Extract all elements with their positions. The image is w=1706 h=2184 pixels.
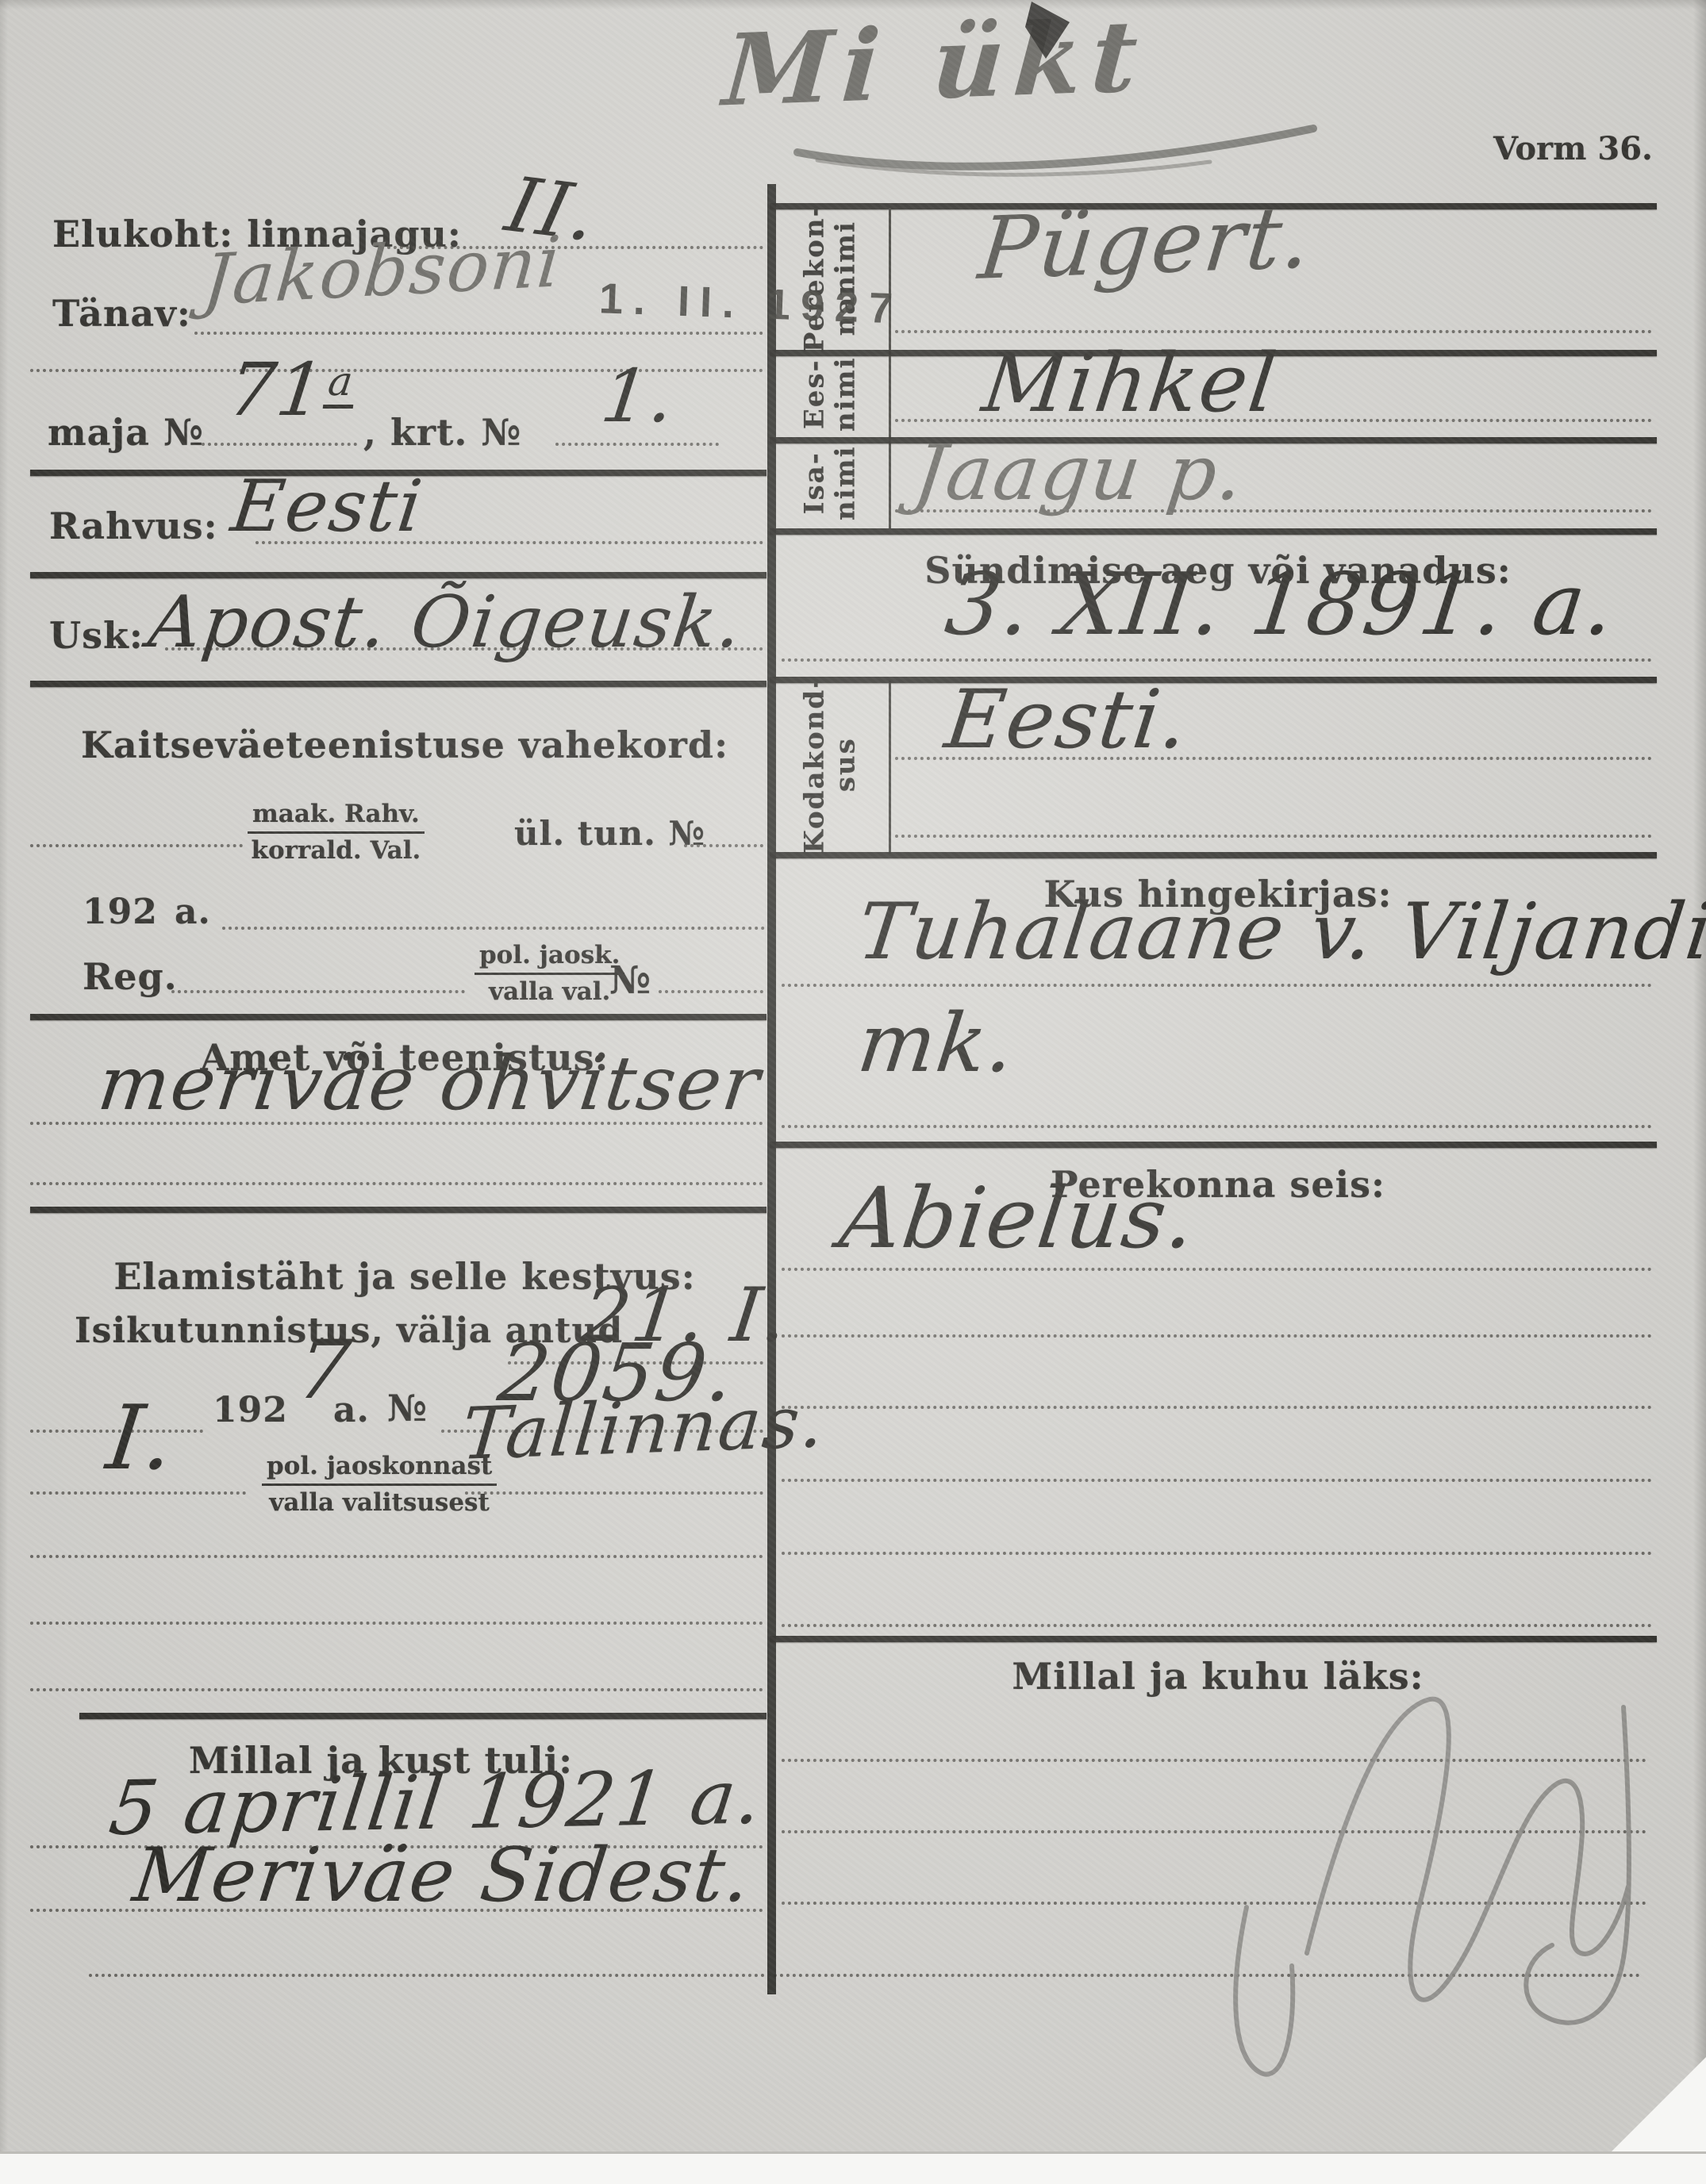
kaitse-fraction-bottom: korrald. Val.: [248, 834, 425, 865]
dotted-line: [30, 1688, 763, 1691]
dotted-line: [659, 990, 763, 993]
kaitse-after-label: ül. tun. №: [514, 814, 705, 853]
tanav-label: Tänav:: [52, 292, 191, 335]
kodakondsus-label: Kodakond-sus: [799, 674, 861, 856]
isanimi-label-line1: Isa-: [798, 451, 830, 514]
reg-fraction-top: pol. jaosk.: [475, 941, 624, 975]
dotted-line: [30, 844, 243, 847]
laks-header: Millal ja kuhu läks:: [782, 1655, 1654, 1698]
dotted-line: [465, 1491, 763, 1495]
perekonnanimi-value-handwriting: Pügert.: [974, 188, 1317, 299]
dotted-line: [782, 1406, 1652, 1409]
year-print-label: 192: [83, 892, 158, 932]
eesnimi-label: Ees-nimi: [799, 347, 861, 442]
paper-corner-fold: [1603, 2057, 1706, 2160]
dotted-line: [782, 1624, 1652, 1627]
heavy-rule: [770, 852, 1657, 858]
isiku-fraction-bottom: valla valitsusest: [262, 1486, 497, 1517]
column-divider-rule: [767, 184, 776, 1994]
maja-value-handwriting: 71a: [224, 347, 360, 432]
heavy-rule: [770, 528, 1657, 535]
dotted-line: [782, 1479, 1652, 1482]
kodakondsus-value-handwriting: Eesti.: [940, 673, 1194, 767]
rahvus-label: Rahvus:: [49, 505, 218, 547]
dotted-line: [782, 1830, 1646, 1833]
dotted-line: [30, 1555, 763, 1558]
dotted-line: [30, 1622, 763, 1625]
form-number: Vorm 36.: [1493, 130, 1653, 167]
heavy-rule: [30, 572, 767, 578]
heavy-rule: [79, 1713, 767, 1719]
annotation-underline-stroke2: [817, 160, 1210, 175]
year-a-label: a.: [175, 892, 211, 932]
dotted-line: [782, 1125, 1652, 1128]
usk-value-handwriting: Apost. Õigeusk.: [144, 581, 747, 664]
isanimi-value-handwriting: Jaagu p.: [909, 428, 1249, 517]
scan-right-shadow: [1693, 0, 1706, 2155]
dotted-line: [171, 990, 465, 993]
top-handwritten-annotation: Mi ükt: [720, 0, 1151, 129]
heavy-rule: [770, 1636, 1657, 1642]
heavy-rule: [770, 677, 1657, 683]
amet-value-handwriting: meriväe ohvitser: [94, 1041, 766, 1127]
dotted-line: [782, 1334, 1652, 1338]
maja-label: maja №: [48, 411, 204, 454]
hingekirjas-line1-handwriting: Tuhalaane v. Viljandi: [853, 887, 1706, 977]
scan-top-shadow: [0, 0, 1706, 10]
dotted-line: [782, 658, 1652, 662]
kaitse-fraction: maak. Rahv. korrald. Val.: [248, 800, 425, 865]
eesnimi-value-handwriting: Mihkel: [978, 336, 1282, 431]
scan-background-strip: [0, 2151, 1706, 2184]
dotted-line: [30, 1182, 763, 1185]
dotted-line: [684, 844, 763, 847]
dotted-line: [895, 330, 1652, 333]
tuli-line2-handwriting: Meriväe Sidest.: [129, 1833, 756, 1919]
dotted-line: [782, 984, 1652, 987]
isiku-year-print-label: 192: [213, 1390, 288, 1430]
dotted-line: [222, 927, 765, 930]
dotted-line: [30, 1491, 246, 1495]
scan-left-shadow: [0, 0, 8, 2155]
isiku-prefix-handwriting: I.: [102, 1387, 181, 1490]
dotted-line: [782, 1902, 1646, 1905]
heavy-rule: [770, 1142, 1657, 1148]
annotation-underline-stroke: [797, 129, 1313, 167]
label-separator-rule: [889, 208, 891, 528]
isanimi-label-line2: nimi: [829, 445, 861, 520]
isiku-no-label: №: [387, 1387, 428, 1430]
dotted-line: [194, 332, 763, 335]
dotted-line: [782, 1552, 1652, 1555]
reg-fraction-bottom: valla val.: [475, 975, 624, 1006]
isiku-place-handwriting: Tallinnas.: [459, 1380, 828, 1476]
kaitse-header: Kaitseväeteenistuse vahekord:: [48, 724, 762, 766]
kodakondsus-label-line2: sus: [829, 737, 861, 792]
usk-label: Usk:: [49, 614, 144, 657]
dotted-line: [895, 835, 1652, 838]
date-stamp: 1. II. 1927: [598, 274, 904, 333]
heavy-rule: [30, 1207, 767, 1213]
dotted-line: [555, 443, 719, 446]
perekonna-seis-value-handwriting: Abielus.: [835, 1169, 1201, 1267]
registration-card: Mi ükt Vorm 36. 1. II. 1927 Elukoht: lin…: [0, 0, 1706, 2184]
krt-value-handwriting: 1.: [597, 354, 680, 439]
krt-label: , krt. №: [363, 411, 521, 454]
maja-value-main: 71: [224, 347, 330, 432]
heavy-rule: [30, 1014, 767, 1020]
reg-fraction: pol. jaosk. valla val.: [475, 941, 624, 1006]
reg-no-label: №: [609, 958, 651, 1003]
maja-value-superscript: a: [323, 358, 359, 409]
kodakondsus-label-line1: Kodakond-: [798, 676, 830, 854]
eesnimi-label-line2: nimi: [829, 356, 861, 432]
dotted-line: [202, 443, 357, 446]
rahvus-value-handwriting: Eesti: [227, 465, 428, 548]
dotted-line: [782, 1759, 1646, 1762]
pencil-scribble: [1235, 1699, 1629, 2075]
dotted-line: [782, 1268, 1652, 1271]
isanimi-label: Isa-nimi: [799, 436, 861, 531]
perekonnanimi-label: Perekon-nanimi: [799, 199, 861, 358]
kaitse-fraction-top: maak. Rahv.: [248, 800, 425, 834]
label-separator-rule: [889, 681, 891, 854]
dotted-line: [89, 1974, 1641, 1977]
sundimise-value-handwriting: 3. XII. 1891. a.: [940, 555, 1621, 654]
eesnimi-label-line1: Ees-: [798, 359, 830, 429]
heavy-rule: [30, 681, 767, 687]
hingekirjas-line2-handwriting: mk.: [853, 996, 1021, 1091]
reg-label: Reg.: [83, 955, 178, 998]
